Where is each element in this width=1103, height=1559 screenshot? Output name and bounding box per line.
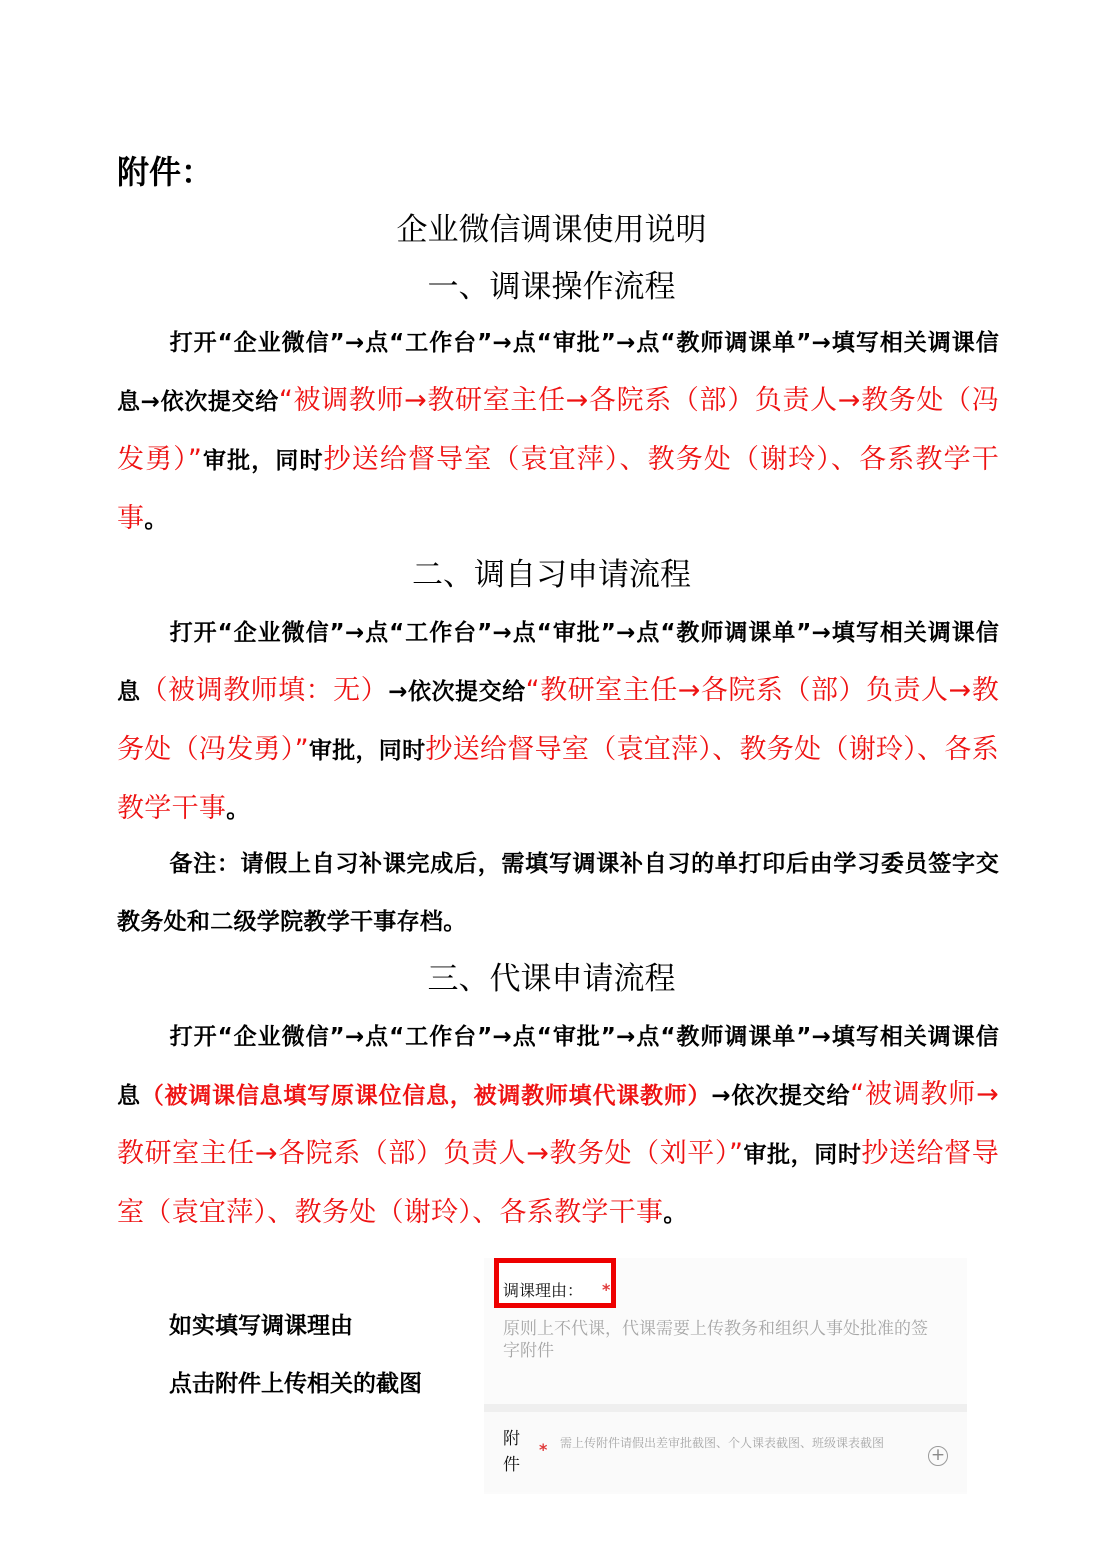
text-black: 审批，同时 — [309, 738, 426, 764]
section-1-paragraph: 打开“企业微信”→点“工作台”→点“审批”→点“教师调课单”→填写相关调课信息→… — [117, 314, 999, 549]
text-black: 。 — [226, 797, 249, 823]
text-black: 。 — [144, 507, 167, 533]
instruction-fill-reason: 如实填写调课理由 — [169, 1306, 353, 1346]
section-2-paragraph: 打开“企业微信”→点“工作台”→点“审批”→点“教师调课单”→填写相关调课信息（… — [117, 604, 999, 839]
main-title: 企业微信调课使用说明 — [0, 208, 1103, 252]
instruction-upload-screenshot: 点击附件上传相关的截图 — [169, 1364, 422, 1404]
attachment-hint: 需上传附件请假出差审批截图、个人课表截图、班级课表截图 — [560, 1432, 910, 1454]
section-3-heading: 三、代课申请流程 — [0, 957, 1103, 1001]
required-star-icon: * — [602, 1280, 610, 1299]
form-screenshot: 调课理由： * 原则上不代课，代课需要上传教务和组织人事处批准的签字附件 附件 … — [484, 1258, 967, 1494]
reason-input[interactable]: 原则上不代课，代课需要上传教务和组织人事处批准的签字附件 — [503, 1318, 943, 1362]
text-black: →依次提交给 — [711, 1083, 850, 1109]
reason-label: 调课理由： — [503, 1278, 583, 1301]
teacher-note: （被调课信息填写原课位信息，被调教师填代课教师） — [141, 1083, 712, 1109]
text-black: →依次提交给 — [388, 679, 525, 705]
required-star-icon: * — [539, 1440, 547, 1459]
text-black: 审批，同时 — [202, 448, 323, 474]
document-page: 附件： 企业微信调课使用说明 一、调课操作流程 打开“企业微信”→点“工作台”→… — [0, 0, 1103, 1559]
attachment-field-label: 附件 — [503, 1426, 523, 1478]
text-black: 审批，同时 — [743, 1142, 861, 1168]
add-attachment-icon[interactable]: + — [928, 1446, 948, 1466]
text-black: 。 — [663, 1201, 686, 1227]
section-3-paragraph: 打开“企业微信”→点“工作台”→点“审批”→点“教师调课单”→填写相关调课信息（… — [117, 1008, 999, 1243]
attachment-row[interactable]: 附件 * 需上传附件请假出差审批截图、个人课表截图、班级课表截图 + — [484, 1412, 967, 1492]
section-divider — [484, 1404, 967, 1412]
attachment-label: 附件： — [117, 150, 213, 194]
teacher-note: （被调教师填：无） — [141, 675, 389, 706]
section-2-heading: 二、调自习申请流程 — [0, 553, 1103, 597]
section-1-heading: 一、调课操作流程 — [0, 265, 1103, 309]
section-2-note: 备注：请假上自习补课完成后，需填写调课补自习的单打印后由学习委员签字交教务处和二… — [117, 835, 999, 951]
